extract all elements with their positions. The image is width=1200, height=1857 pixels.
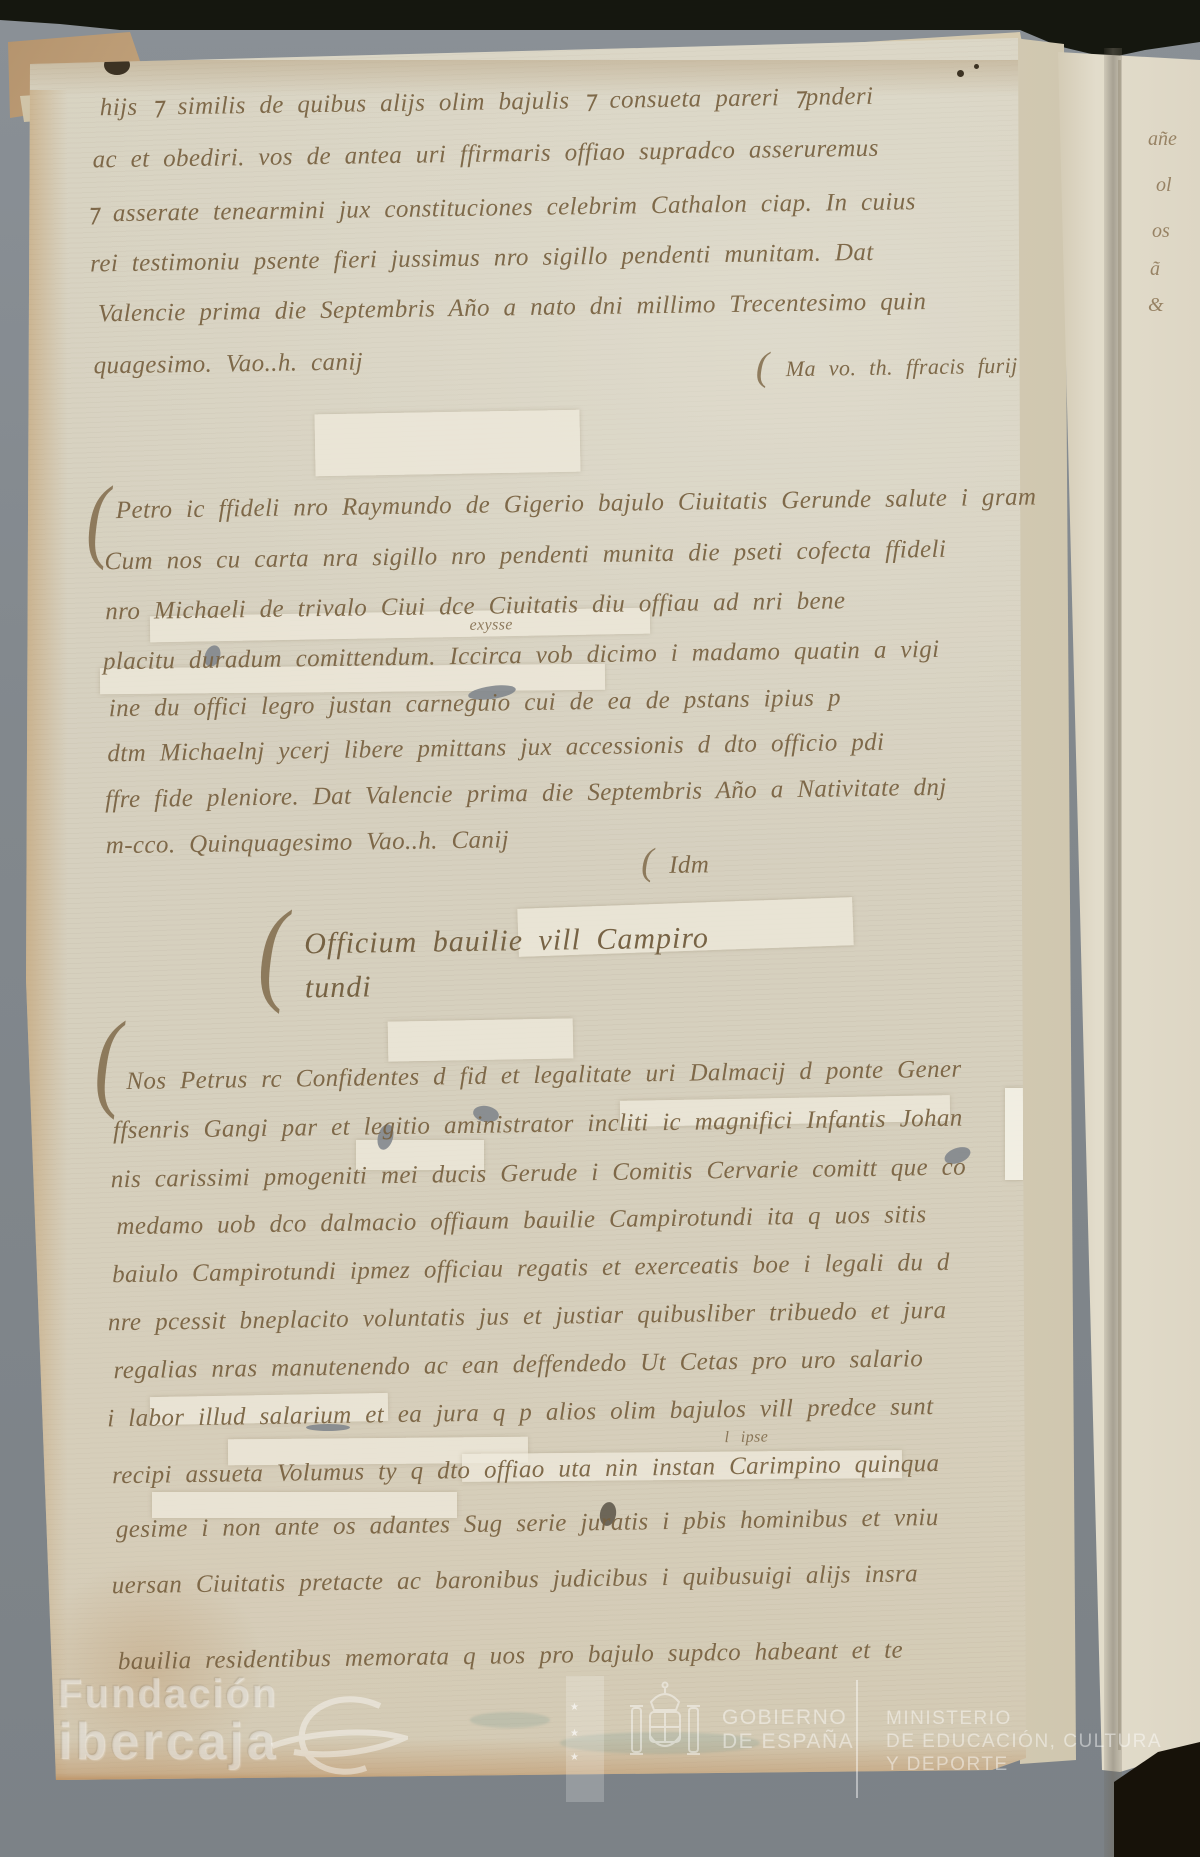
- manuscript-line: ffre fide pleniore. Dat Valencie prima d…: [105, 774, 947, 814]
- opposite-page-text-fragment: añe: [1148, 128, 1177, 151]
- watermark-divider: [856, 1680, 858, 1798]
- manuscript-line: rei testimoniu psente fieri jussimus nro…: [90, 239, 874, 279]
- star-icon: ★: [570, 1702, 579, 1713]
- opposite-page-text-fragment: os: [1152, 220, 1170, 243]
- manuscript-line: i labor illud salarium et ea jura q p al…: [107, 1393, 934, 1433]
- scribe-signature: Ma vo. th. ffracis furij: [786, 353, 1018, 382]
- ibercaja-watermark-line2: ibercaja: [58, 1712, 279, 1772]
- manuscript-line: recipi assueta Volumus ty q dto offiao u…: [112, 1450, 940, 1490]
- manuscript-line: bauilia residentibus memorata q uos pro …: [118, 1637, 904, 1677]
- flag-stars-bar: ★ ★ ★: [566, 1676, 604, 1802]
- star-icon: ★: [570, 1728, 579, 1739]
- manuscript-line: m-cco. Quinquagesimo Vao..h. Canij: [106, 826, 510, 860]
- gobierno-watermark-line2: DE ESPAÑA: [722, 1730, 854, 1754]
- manuscript-line: baiulo Campirotundi ipmez officiau regat…: [112, 1249, 950, 1289]
- paragraph-bracket: (: [93, 998, 123, 1125]
- manuscript-line: placitu duradum comittendum. Iccirca vob…: [103, 636, 940, 676]
- ministerio-watermark-line1: MINISTERIO: [886, 1708, 1012, 1730]
- page-gap-shadow: [1104, 48, 1122, 1857]
- manuscript-line: ine du offici legro justan carneguio cui…: [109, 684, 842, 723]
- spain-coat-of-arms-icon: [620, 1680, 710, 1782]
- manuscript-text: hijs ⁊ similis de quibus alijs olim baju…: [0, 0, 1066, 1857]
- manuscript-line: dtm Michaelnj ycerj libere pmittans jux …: [107, 729, 884, 769]
- manuscript-line: hijs ⁊ similis de quibus alijs olim baju…: [100, 81, 874, 122]
- manuscript-line: Petro ic ffideli nro Raymundo de Gigerio…: [116, 483, 1037, 525]
- ministerio-watermark-line3: Y DEPORTE: [886, 1754, 1009, 1776]
- signature-bracket: (: [641, 840, 654, 884]
- manuscript-line: Nos Petrus rc Confidentes d fid et legal…: [126, 1056, 962, 1096]
- manuscript-line: medamo uob dco dalmacio offiaum bauilie …: [116, 1201, 926, 1241]
- interlinear-correction: l ipse: [724, 1429, 768, 1448]
- ministerio-watermark-line2: DE EDUCACIÓN, CULTURA: [886, 1731, 1162, 1753]
- manuscript-line: nre pcessit bneplacito voluntatis jus et…: [108, 1297, 947, 1337]
- scribe-signature: Idm: [669, 851, 710, 880]
- interlinear-correction: exysse: [469, 616, 513, 635]
- manuscript-line: quagesimo. Vao..h. canij: [93, 348, 363, 380]
- opposite-page-text-fragment: ã: [1150, 258, 1160, 281]
- opposite-page-text-fragment: &: [1148, 294, 1164, 317]
- manuscript-line: ac et obediri. vos de antea uri ffirmari…: [92, 135, 879, 175]
- opposite-page-text-fragment: ol: [1156, 174, 1172, 197]
- ibercaja-watermark-line1: Fundación: [58, 1672, 278, 1717]
- manuscript-line: ⁊ asserate tenearmini jux constituciones…: [86, 186, 916, 228]
- manuscript-line: ffsenris Gangi par et legitio aministrat…: [113, 1105, 963, 1146]
- heading-bracket: (: [256, 884, 289, 1017]
- gobierno-watermark-line1: GOBIERNO: [722, 1706, 847, 1730]
- manuscript-line: Cum nos cu carta nra sigillo nro pendent…: [104, 536, 946, 576]
- manuscript-line: Valencie prima die Septembris Año a nato…: [98, 288, 927, 328]
- section-heading-line: Officium bauilie vill Campiro: [304, 921, 709, 961]
- section-heading-line: tundi: [305, 970, 372, 1005]
- star-icon: ★: [570, 1752, 579, 1763]
- manuscript-line: regalias nras manutenendo ac ean deffend…: [113, 1345, 923, 1385]
- manuscript-line: nis carissimi pmogeniti mei ducis Gerude…: [111, 1154, 967, 1195]
- manuscript-line: gesime i non ante os adantes Sug serie j…: [116, 1504, 939, 1544]
- manuscript-line: uersan Ciuitatis pretacte ac baronibus j…: [112, 1560, 919, 1600]
- signature-bracket: (: [755, 342, 769, 389]
- ibercaja-logo-swirl-icon: [268, 1688, 408, 1788]
